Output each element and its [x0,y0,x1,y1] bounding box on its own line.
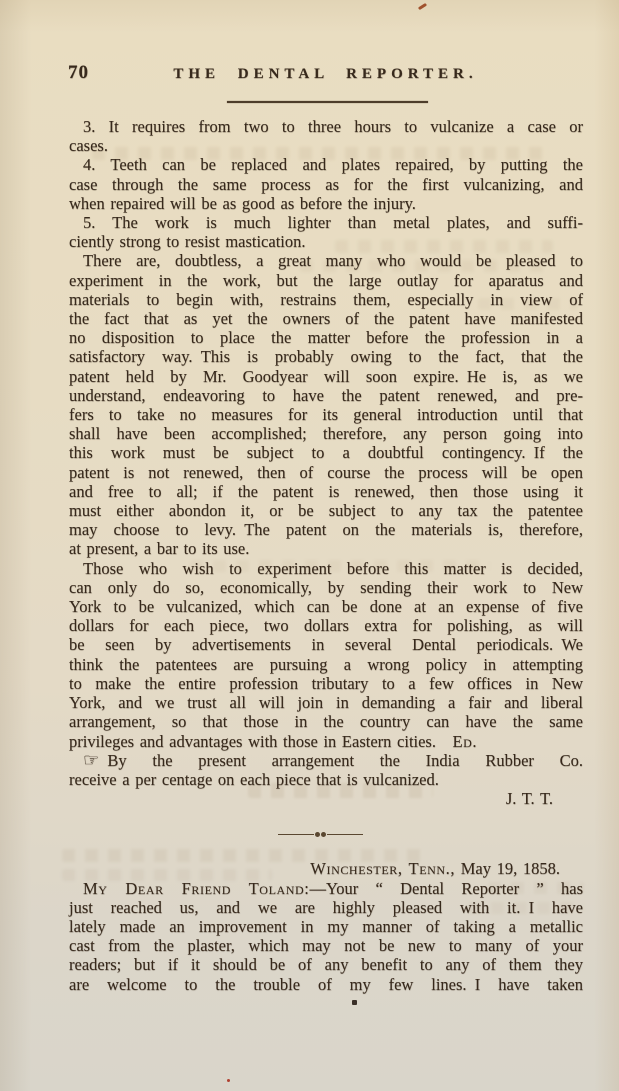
manicule-line: ☞ By the present arrangement the India R… [69,751,583,770]
divider-dot [315,832,320,837]
text-line: York to be vulcanized, which can be done… [69,597,583,616]
text-line: the fact that as yet the owners of the p… [69,309,583,328]
text-line: this work must be subject to a doubtful … [69,443,583,462]
paper-speck [227,1079,230,1082]
text-line: arrangement, so that those in the countr… [69,712,583,731]
divider-dot [321,832,326,837]
text-line: 5. The work is much lighter than metal p… [69,213,583,232]
text-line: think the patentees are pursuing a wrong… [69,655,583,674]
journal-title: THE DENTAL REPORTER. [16,66,619,83]
header-rule [227,101,428,103]
divider-line [278,834,314,835]
letter-dateline: Winchester, Tenn., May 19, 1858. [69,859,560,878]
text-line: are welcome to the trouble of my few lin… [69,975,583,994]
text-line: lately made an improvement in my manner … [69,917,583,936]
text-line: There are, doubtless, a great many who w… [69,251,583,270]
article-text: 3. It requires from two to three hours t… [69,117,583,994]
text-line: understand, endeavoring to have the pate… [69,386,583,405]
text-line: fers to take no measures for its general… [69,405,583,424]
text-line: patent held by Mr. Goodyear will soon ex… [69,367,583,386]
text-line: York, and we trust all will join in dema… [69,693,583,712]
text-line: just reached us, and we are highly pleas… [69,898,583,917]
letter-salutation-line: My Dear Friend Toland:—Your “ Dental Rep… [69,879,583,898]
section-divider [250,830,390,839]
divider-line [327,834,363,835]
text-line: cases. [69,136,583,155]
text-line: receive a per centage on each piece that… [69,770,583,789]
signature: J. T. T. [69,789,553,808]
text-line: no disposition to place the matter befor… [69,328,583,347]
text-line: at present, a bar to its use. [69,539,583,558]
text-line: must either abondon it, or be subject to… [69,501,583,520]
text-line: and free to all; if the patent is renewe… [69,482,583,501]
text-line: satisfactory way. This is probably owing… [69,347,583,366]
manicule-icon: ☞ [83,750,99,770]
text-line: can only do so, economically, by sending… [69,578,583,597]
text-line: when repaired will be as good as before … [69,194,583,213]
text-line: 4. Teeth can be replaced and plates repa… [69,155,583,174]
scanned-page: 70 THE DENTAL REPORTER. 3. It requires f… [0,0,619,1091]
text-line: to make the entire profession tributary … [69,674,583,693]
paper-speck [418,3,427,10]
text-line: may choose to levy. The patent on the ma… [69,520,583,539]
text-line: materials to begin with, restrains them,… [69,290,583,309]
text-line: case through the same process as for the… [69,175,583,194]
text-line: be seen by advertisements in several Den… [69,635,583,654]
text-line: 3. It requires from two to three hours t… [69,117,583,136]
text-line: readers; but if it should be of any bene… [69,955,583,974]
paper-speck [352,1000,357,1005]
text-line: shall have been accomplished; therefore,… [69,424,583,443]
text-line: experiment in the work, but the large ou… [69,271,583,290]
text-line: patent is not renewed, then of course th… [69,463,583,482]
text-line: Those who wish to experiment before this… [69,559,583,578]
text-line: cast from the plaster, which may not be … [69,936,583,955]
text-line: dollars for each piece, two dollars extr… [69,616,583,635]
text-line: ciently strong to resist mastication. [69,232,583,251]
editor-initials-line: privileges and advantages with those in … [69,732,583,751]
